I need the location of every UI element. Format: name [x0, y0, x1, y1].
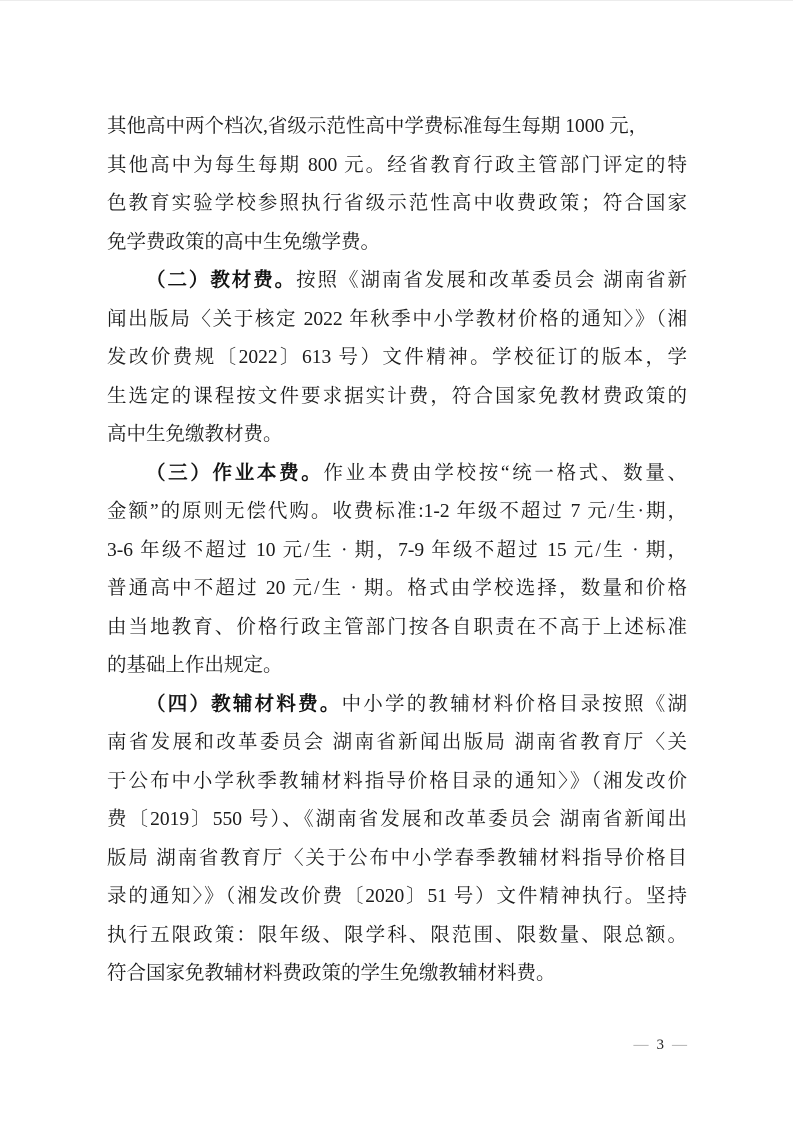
paragraph-line: 普通高中不超过 20 元/生 · 期。格式由学校选择，数量和价格	[107, 570, 687, 609]
paragraph-line: 版局 湖南省教育厅〈关于公布中小学春季教辅材料指导价格目	[107, 840, 687, 879]
paragraph-line: 录的通知〉》（湘发改价费〔2020〕51 号）文件精神执行。坚持	[107, 878, 687, 917]
paragraph-line: 金额”的原则无偿代购。收费标准:1-2 年级不超过 7 元/生·期，	[107, 493, 687, 532]
paragraph-line: 其他高中两个档次,省级示范性高中学费标准每生每期 1000 元，	[107, 108, 687, 147]
section-heading-workbook-fee: （三）作业本费。	[146, 463, 323, 484]
page-footer: —3—	[634, 1038, 688, 1053]
footer-dash-left: —	[634, 1037, 649, 1053]
paragraph-line: （二）教材费。按照《湖南省发展和改革委员会 湖南省新	[107, 262, 687, 301]
paragraph-line: 免学费政策的高中生免缴学费。	[107, 224, 687, 263]
paragraph-line: 于公布中小学秋季教辅材料指导价格目录的通知〉》（湘发改价	[107, 763, 687, 802]
paragraph-line: 由当地教育、价格行政主管部门按各自职责在不高于上述标准	[107, 609, 687, 648]
section-heading-textbook-fee: （二）教材费。	[146, 270, 296, 291]
paragraph-line: 3-6 年级不超过 10 元/生 · 期，7-9 年级不超过 15 元/生 · …	[107, 532, 687, 571]
document-page: 其他高中两个档次,省级示范性高中学费标准每生每期 1000 元， 其他高中为每生…	[0, 0, 793, 1122]
paragraph-line: 其他高中为每生每期 800 元。经省教育行政主管部门评定的特	[107, 147, 687, 186]
paragraph-line: 高中生免缴教材费。	[107, 416, 687, 455]
paragraph-line: 南省发展和改革委员会 湖南省新闻出版局 湖南省教育厅〈关	[107, 724, 687, 763]
paragraph-line: 符合国家免教辅材料费政策的学生免缴教辅材料费。	[107, 955, 687, 994]
document-body: 其他高中两个档次,省级示范性高中学费标准每生每期 1000 元， 其他高中为每生…	[107, 108, 687, 994]
paragraph-line: 执行五限政策：限年级、限学科、限范围、限数量、限总额。	[107, 917, 687, 956]
footer-dash-right: —	[672, 1037, 687, 1053]
section-heading-supplementary-material-fee: （四）教辅材料费。	[146, 694, 342, 715]
paragraph-line: 费〔2019〕550 号）、《湖南省发展和改革委员会 湖南省新闻出	[107, 801, 687, 840]
paragraph-line: （三）作业本费。作业本费由学校按“统一格式、数量、	[107, 455, 687, 494]
paragraph-text: 作业本费由学校按“统一格式、数量、	[323, 463, 687, 484]
footer-page-number: 3	[657, 1037, 665, 1053]
paragraph-line: 的基础上作出规定。	[107, 647, 687, 686]
paragraph-text: 中小学的教辅材料价格目录按照《湖	[342, 694, 687, 715]
paragraph-text: 按照《湖南省发展和改革委员会 湖南省新	[296, 270, 687, 291]
paragraph-line: 色教育实验学校参照执行省级示范性高中收费政策；符合国家	[107, 185, 687, 224]
page-top-edge-line	[0, 0, 793, 1]
paragraph-line: （四）教辅材料费。中小学的教辅材料价格目录按照《湖	[107, 686, 687, 725]
paragraph-line: 生选定的课程按文件要求据实计费，符合国家免教材费政策的	[107, 378, 687, 417]
paragraph-line: 闻出版局〈关于核定 2022 年秋季中小学教材价格的通知〉》（湘	[107, 301, 687, 340]
paragraph-line: 发改价费规〔2022〕613 号）文件精神。学校征订的版本，学	[107, 339, 687, 378]
